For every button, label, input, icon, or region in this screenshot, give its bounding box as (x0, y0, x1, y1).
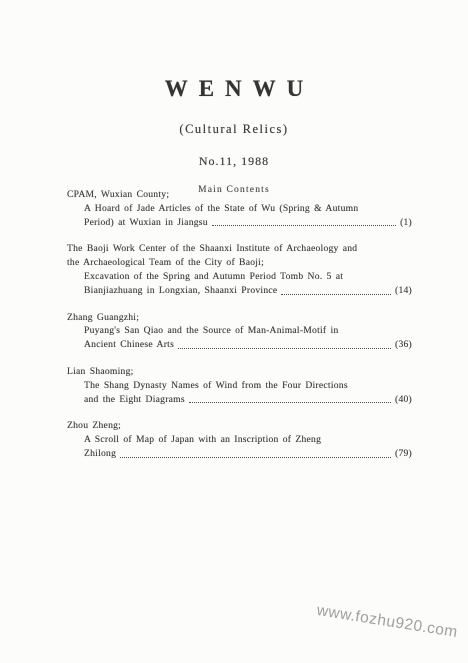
entry-title-text: Period) at Wuxian in Jiangsu (84, 216, 208, 230)
journal-subtitle: (Cultural Relics) (0, 122, 468, 137)
dot-leader (212, 225, 396, 226)
entry-title-text: and the Eight Diagrams (84, 393, 185, 407)
entry-title-last-line: Bianjiazhuang in Longxian, Shaanxi Provi… (67, 284, 412, 298)
toc-entry: CPAM, Wuxian County; A Hoard of Jade Art… (67, 188, 412, 229)
entry-title-line: A Hoard of Jade Articles of the State of… (67, 202, 412, 216)
journal-title: WENWU (11, 76, 468, 102)
page-number: (79) (395, 447, 412, 461)
entry-title-text: Bianjiazhuang in Longxian, Shaanxi Provi… (84, 284, 277, 298)
entry-author-line: Lian Shaoming; (67, 365, 412, 379)
entry-title-last-line: Period) at Wuxian in Jiangsu (1) (67, 216, 412, 230)
dot-leader (281, 294, 391, 295)
entry-title-last-line: Zhilong (79) (67, 447, 412, 461)
toc-entry: The Baoji Work Center of the Shaanxi Ins… (67, 242, 412, 297)
entry-title-line: A Scroll of Map of Japan with an Inscrip… (67, 433, 412, 447)
table-of-contents: CPAM, Wuxian County; A Hoard of Jade Art… (67, 188, 412, 474)
entry-author-line: the Archaeological Team of the City of B… (67, 256, 412, 270)
entry-title-line: The Shang Dynasty Names of Wind from the… (67, 379, 412, 393)
entry-title-last-line: Ancient Chinese Arts (36) (67, 338, 412, 352)
watermark: www.fozhu920.com (315, 602, 458, 642)
page-number: (36) (395, 338, 412, 352)
page-number: (40) (395, 393, 412, 407)
journal-contents-page: WENWU (Cultural Relics) No.11, 1988 Main… (0, 0, 468, 663)
entry-title-line: Excavation of the Spring and Autumn Peri… (67, 270, 412, 284)
dot-leader (189, 402, 391, 403)
toc-entry: Zhang Guangzhi; Puyang's San Qiao and th… (67, 311, 412, 352)
entry-title-line: Puyang's San Qiao and the Source of Man-… (67, 324, 412, 338)
toc-entry: Lian Shaoming; The Shang Dynasty Names o… (67, 365, 412, 406)
dot-leader (120, 457, 391, 458)
dot-leader (178, 348, 391, 349)
entry-title-text: Zhilong (84, 447, 116, 461)
issue-number: No.11, 1988 (0, 154, 468, 169)
page-header: WENWU (Cultural Relics) No.11, 1988 Main… (0, 0, 468, 195)
entry-title-text: Ancient Chinese Arts (84, 338, 174, 352)
entry-title-last-line: and the Eight Diagrams (40) (67, 393, 412, 407)
entry-author-line: The Baoji Work Center of the Shaanxi Ins… (67, 242, 412, 256)
toc-entry: Zhou Zheng; A Scroll of Map of Japan wit… (67, 419, 412, 460)
entry-author-line: CPAM, Wuxian County; (67, 188, 412, 202)
entry-author-line: Zhang Guangzhi; (67, 311, 412, 325)
page-number: (1) (400, 216, 412, 230)
entry-author-line: Zhou Zheng; (67, 419, 412, 433)
page-number: (14) (395, 284, 412, 298)
